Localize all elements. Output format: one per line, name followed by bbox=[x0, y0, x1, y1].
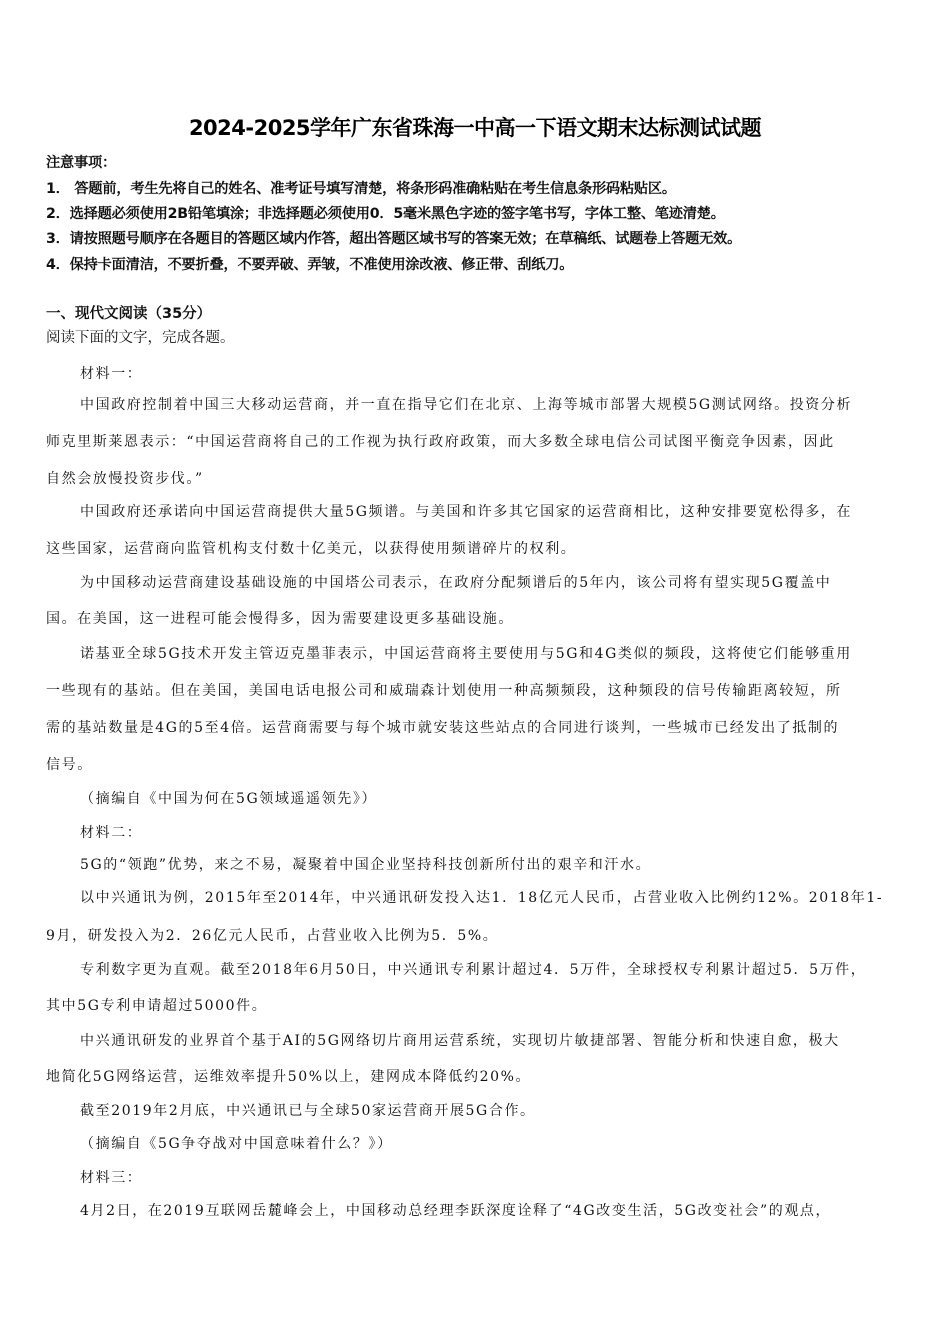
paragraph-line: 一些现有的基站。但在美国，美国电话电报公司和威瑞森计划使用一种高频频段，这种频段… bbox=[46, 680, 842, 700]
paragraph-line: 国。在美国，这一进程可能会慢得多，因为需要建设更多基础设施。 bbox=[46, 608, 514, 628]
source-citation: （摘编自《中国为何在5G领域遥遥领先》） bbox=[80, 788, 377, 808]
paragraph-line: 需的基站数量是4G的5至4倍。运营商需要与每个城市就安装这些站点的合同进行谈判，… bbox=[46, 717, 839, 737]
paragraph-line: 4月2日，在2019互联网岳麓峰会上，中国移动总经理李跃深度诠释了“4G改变生活… bbox=[80, 1200, 831, 1220]
paragraph-line: 中兴通讯研发的业界首个基于AI的5G网络切片商用运营系统，实现切片敏捷部署、智能… bbox=[80, 1030, 840, 1050]
paragraph-line: 师克里斯莱恩表示：“中国运营商将自己的工作视为执行政府政策，而大多数全球电信公司… bbox=[46, 431, 835, 451]
source-citation: （摘编自《5G争夺战对中国意味着什么？》） bbox=[80, 1133, 393, 1153]
notice-item: 1． 答题前，考生先将自己的姓名、准考证号填写清楚，将条形码准确粘贴在考生信息条… bbox=[46, 178, 676, 198]
document-page: 2024-2025学年广东省珠海一中高一下语文期末达标测试试题 注意事项： 1．… bbox=[0, 0, 950, 1344]
section-heading: 一、现代文阅读（35分） bbox=[46, 302, 211, 323]
paragraph-line: 为中国移动运营商建设基础设施的中国塔公司表示，在政府分配频谱后的5年内，该公司将… bbox=[80, 572, 831, 592]
material-label: 材料一： bbox=[80, 363, 142, 383]
paragraph-line: 其中5G专利申请超过5000件。 bbox=[46, 995, 267, 1015]
paragraph-line: 截至2019年2月底，中兴通讯已与全球50家运营商开展5G合作。 bbox=[80, 1100, 536, 1120]
paragraph-line: 中国政府控制着中国三大移动运营商，并一直在指导它们在北京、上海等城市部署大规模5… bbox=[80, 394, 852, 414]
paragraph-line: 中国政府还承诺向中国运营商提供大量5G频谱。与美国和许多其它国家的运营商相比，这… bbox=[80, 501, 852, 521]
notice-item: 4．保持卡面清洁，不要折叠，不要弄破、弄皱，不准使用涂改液、修正带、刮纸刀。 bbox=[46, 254, 573, 274]
paragraph-line: 专利数字更为直观。截至2018年6月50日，中兴通讯专利累计超过4．5万件，全球… bbox=[80, 959, 866, 979]
paragraph-line: 自然会放慢投资步伐。” bbox=[46, 468, 204, 488]
paragraph-line: 诺基亚全球5G技术开发主管迈克墨菲表示，中国运营商将主要使用与5G和4G类似的频… bbox=[80, 643, 852, 663]
material-label: 材料三： bbox=[80, 1167, 142, 1187]
notice-heading: 注意事项： bbox=[46, 152, 116, 172]
paragraph-line: 5G的“领跑”优势，来之不易，凝聚着中国企业坚持科技创新所付出的艰辛和汗水。 bbox=[80, 854, 651, 874]
notice-item: 3．请按照题号顺序在各题目的答题区域内作答，超出答题区域书写的答案无效；在草稿纸… bbox=[46, 228, 741, 248]
paragraph-line: 9月，研发投入为2．26亿元人民币，占营业收入比例为5．5%。 bbox=[46, 925, 498, 945]
paragraph-line: 以中兴通讯为例，2015年至2014年，中兴通讯研发投入达1．18亿元人民币，占… bbox=[80, 887, 883, 907]
paragraph-line: 地简化5G网络运营，运维效率提升50%以上，建网成本降低约20%。 bbox=[46, 1066, 531, 1086]
paragraph-line: 信号。 bbox=[46, 754, 93, 774]
document-title: 2024-2025学年广东省珠海一中高一下语文期末达标测试试题 bbox=[0, 112, 950, 142]
material-label: 材料二： bbox=[80, 822, 142, 842]
section-instruction: 阅读下面的文字，完成各题。 bbox=[46, 326, 235, 347]
paragraph-line: 这些国家，运营商向监管机构支付数十亿美元，以获得使用频谱碎片的权利。 bbox=[46, 538, 576, 558]
notice-item: 2．选择题必须使用2B铅笔填涂；非选择题必须使用0．5毫米黑色字迹的签字笔书写，… bbox=[46, 203, 725, 223]
